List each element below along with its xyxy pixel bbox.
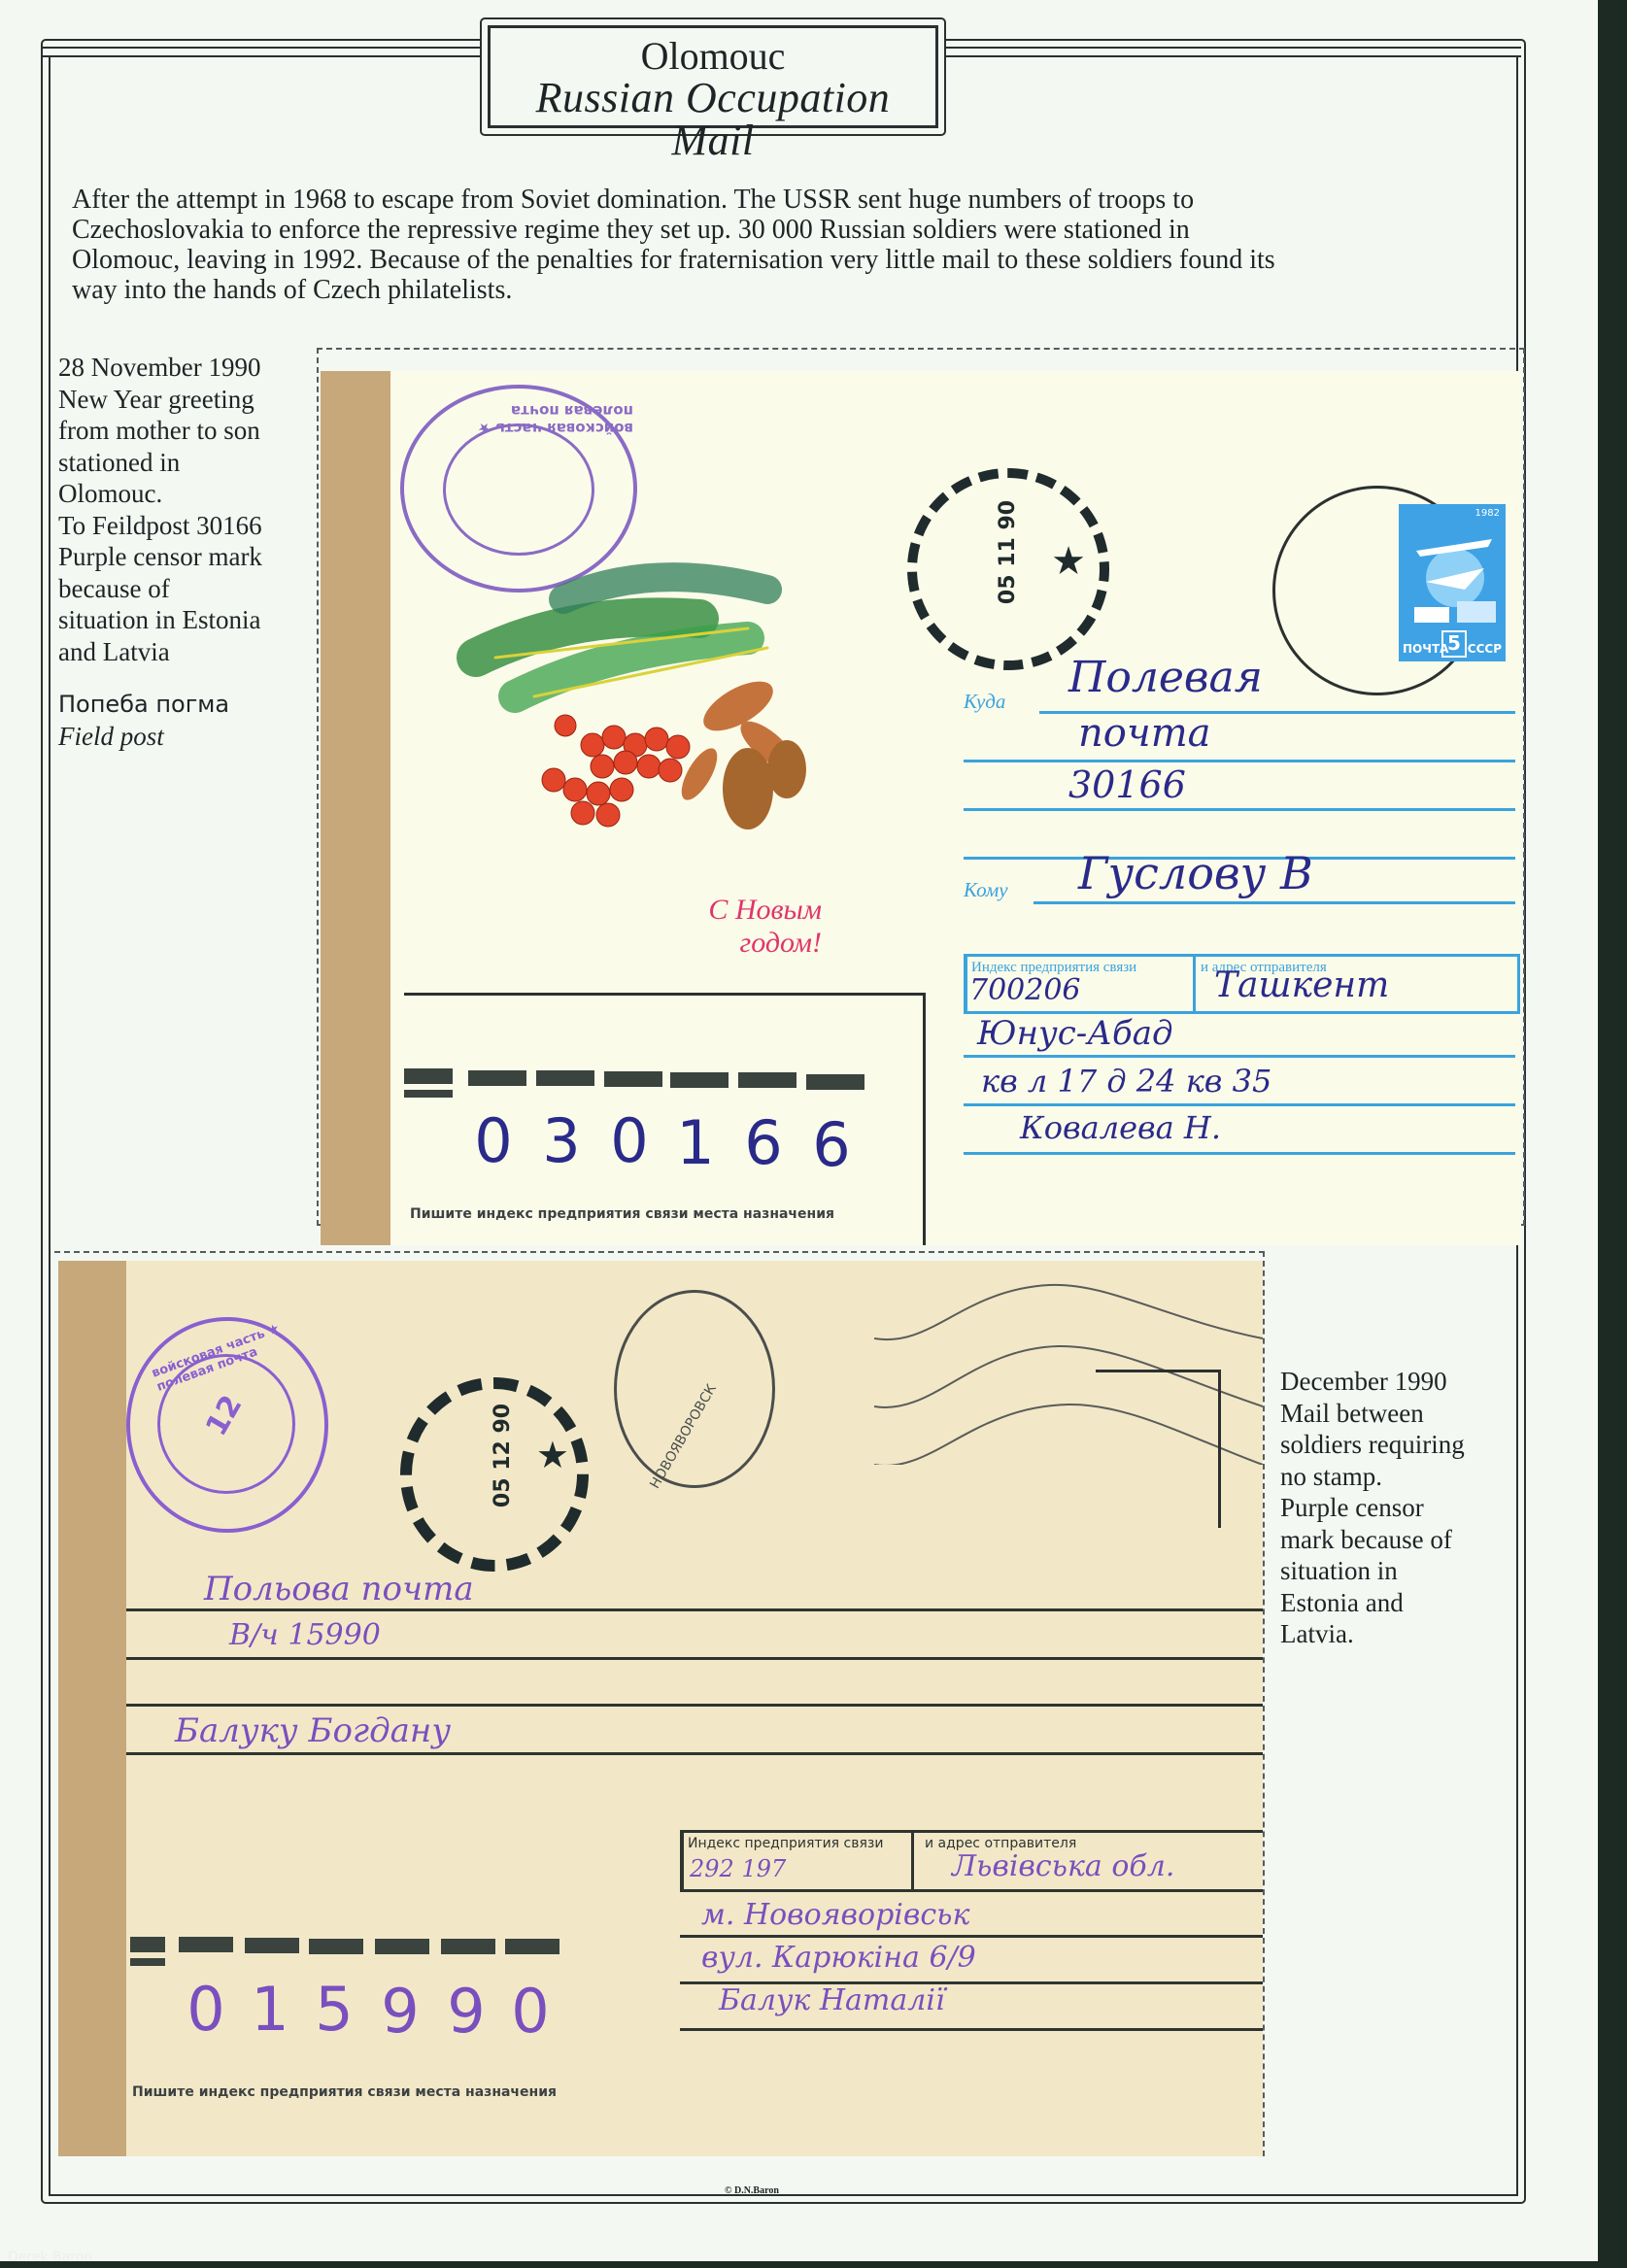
postcode-guide-bar <box>441 1939 495 1954</box>
note-line: Purple censor <box>1280 1492 1513 1524</box>
address-handwriting: Полевая <box>1068 653 1263 702</box>
note-line: because of <box>58 573 321 605</box>
sender-handwriting: кв л 17 д 24 кв 35 <box>981 1063 1271 1100</box>
note-line: soldiers requiring <box>1280 1429 1513 1461</box>
note-line: Estonia and <box>1280 1587 1513 1619</box>
sender-handwriting: Балук Наталії <box>719 1983 945 2017</box>
note-line: 28 November 1990 <box>58 352 321 384</box>
address-line <box>964 1103 1515 1106</box>
note-line: Olomouc. <box>58 478 321 510</box>
address-line <box>126 1608 1263 1611</box>
postcode-digit: 6 <box>806 1103 857 1187</box>
postcode-guide-bar <box>404 1068 453 1084</box>
address-line <box>680 2028 1263 2031</box>
note-line: Mail between <box>1280 1398 1513 1430</box>
note-line: New Year greeting <box>58 384 321 416</box>
address-line <box>964 1055 1515 1058</box>
address-handwriting: 30166 <box>1068 763 1186 806</box>
address-line <box>126 1704 1263 1707</box>
address-handwriting: В/ч 15990 <box>229 1618 381 1652</box>
note-line: stationed in <box>58 447 321 479</box>
postcode-guide-bar <box>505 1939 559 1954</box>
postcode-guide-bar <box>404 1090 453 1098</box>
title-rule-left <box>43 47 482 57</box>
new-year-greeting: С Новым годом! <box>612 894 822 960</box>
address-line <box>126 1657 1263 1660</box>
note-line: situation in <box>1280 1555 1513 1587</box>
watermark: Derek Baron <box>8 2250 92 2265</box>
postcode-caption: Пишите индекс предприятия связи места на… <box>410 1206 834 1222</box>
address-handwriting: Польова почта <box>204 1570 474 1608</box>
postcode-digit: 0 <box>468 1100 519 1183</box>
recipient-handwriting: Балуку Богдану <box>175 1711 451 1750</box>
intro-line: Czechoslovakia to enforce the repressive… <box>72 215 1568 245</box>
postcode-digit: 0 <box>181 1968 231 2051</box>
postcode-guide-bar <box>604 1071 662 1087</box>
envelope2-tape-strip <box>58 1261 126 2156</box>
pine-rowan-illustration <box>457 551 816 842</box>
envelope1-description: 28 November 1990 New Year greeting from … <box>58 352 321 752</box>
postcode-guide-bar <box>375 1939 429 1954</box>
postcode-digit: 3 <box>536 1100 587 1183</box>
sender-handwriting: Львівська обл. <box>952 1849 1174 1883</box>
note-line: To Feildpost 30166 <box>58 510 321 542</box>
postcode-guide-bar <box>670 1072 729 1088</box>
note-line: Latvia. <box>1280 1618 1513 1650</box>
note-line: mark because of <box>1280 1524 1513 1556</box>
sender-index-handwriting: 700206 <box>969 973 1081 1007</box>
envelope1-postage-stamp: 1982 ПОЧТА 5 СССР <box>1399 504 1506 661</box>
postcode-guide-bar <box>130 1958 165 1966</box>
intro-paragraph: After the attempt in 1968 to escape from… <box>72 185 1568 305</box>
address-line <box>964 808 1515 811</box>
postcode-digit: 6 <box>738 1101 789 1185</box>
postcode-digit: 9 <box>441 1970 491 2053</box>
star-icon: ★ <box>1051 538 1086 584</box>
sender-handwriting: м. Новояворівськ <box>701 1898 969 1932</box>
postcode-digit: 1 <box>245 1968 295 2051</box>
envelope2-soldier-cover: 12 войсковая часть ★ полевая почта 05 12… <box>58 1261 1263 2156</box>
sender-index-handwriting: 292 197 <box>690 1855 786 1882</box>
note-line: Purple censor mark <box>58 541 321 573</box>
postcode-guide-bar <box>245 1938 299 1953</box>
copyright-notice: © D.N.Baron <box>725 2185 779 2196</box>
envelope1-field-post-postmark: 05 11 90 ★ <box>907 468 1109 670</box>
title-rule-right <box>940 47 1521 57</box>
sender-handwriting: Юнус-Абад <box>977 1014 1173 1053</box>
postcode-guide-bar <box>309 1939 363 1954</box>
postcode-guide-bar <box>130 1937 165 1952</box>
note-line: and Latvia <box>58 636 321 668</box>
address-handwriting: почта <box>1078 711 1211 756</box>
envelope2-description: December 1990 Mail between soldiers requ… <box>1280 1366 1513 1650</box>
recipient-label: Кому <box>964 878 1008 902</box>
envelope1-tape-strip <box>321 371 390 1245</box>
recipient-handwriting: Гуслову В <box>1078 847 1313 899</box>
page-title: Olomouc <box>491 36 935 77</box>
postcode-digit: 0 <box>604 1100 655 1183</box>
envelope2-origin-postmark: НОВОЯВОРОВСК <box>614 1290 775 1488</box>
airplane-globe-icon <box>1407 522 1498 628</box>
intro-line: way into the hands of Czech philatelists… <box>72 275 1568 305</box>
postcode-guide-bar <box>738 1072 797 1088</box>
envelope1-new-year-cover: войсковая часть ★ полевая почта <box>321 371 1521 1245</box>
russian-term: Попеба погма <box>58 689 321 721</box>
address-line <box>126 1752 1263 1755</box>
address-line <box>680 1935 1263 1938</box>
postcode-guide-bar <box>536 1070 594 1086</box>
album-page: Olomouc Russian Occupation Mail After th… <box>0 0 1598 2261</box>
envelope2-field-post-postmark: 05 12 90 ★ <box>400 1377 589 1572</box>
title-box: Olomouc Russian Occupation Mail <box>480 17 946 136</box>
to-label: Куда <box>964 690 1005 714</box>
intro-line: Olomouc, leaving in 1992. Because of the… <box>72 245 1568 275</box>
address-line <box>964 760 1515 762</box>
address-line <box>964 1152 1515 1155</box>
note-line: December 1990 <box>1280 1366 1513 1398</box>
star-icon: ★ <box>536 1434 569 1477</box>
sender-handwriting: вул. Карюкіна 6/9 <box>701 1941 976 1975</box>
intro-line: After the attempt in 1968 to escape from… <box>72 185 1568 215</box>
page-subtitle: Russian Occupation Mail <box>491 77 935 162</box>
postcode-guide-bar <box>179 1937 233 1952</box>
sender-index-label: Индекс предприятия связи <box>688 1836 883 1851</box>
postcode-caption: Пишите индекс предприятия связи места на… <box>132 2084 557 2100</box>
envelope2-censor-mark: 12 войсковая часть ★ полевая почта <box>126 1317 328 1533</box>
postcode-digit: 9 <box>375 1970 425 2053</box>
note-line: from mother to son <box>58 415 321 447</box>
sender-handwriting: Ковалева Н. <box>1020 1109 1221 1146</box>
postcode-digit: 1 <box>670 1101 721 1185</box>
postcode-digit: 5 <box>309 1968 359 2051</box>
postcode-digit: 0 <box>505 1970 556 2053</box>
note-line: no stamp. <box>1280 1461 1513 1493</box>
stamp-placement-corner <box>1096 1370 1221 1528</box>
sender-handwriting: Ташкент <box>1214 965 1389 1005</box>
postcode-guide-bar <box>468 1070 526 1086</box>
translation: Field post <box>58 721 321 753</box>
address-line <box>1034 901 1515 904</box>
note-line: situation in Estonia <box>58 604 321 636</box>
postcode-guide-bar <box>806 1074 864 1090</box>
